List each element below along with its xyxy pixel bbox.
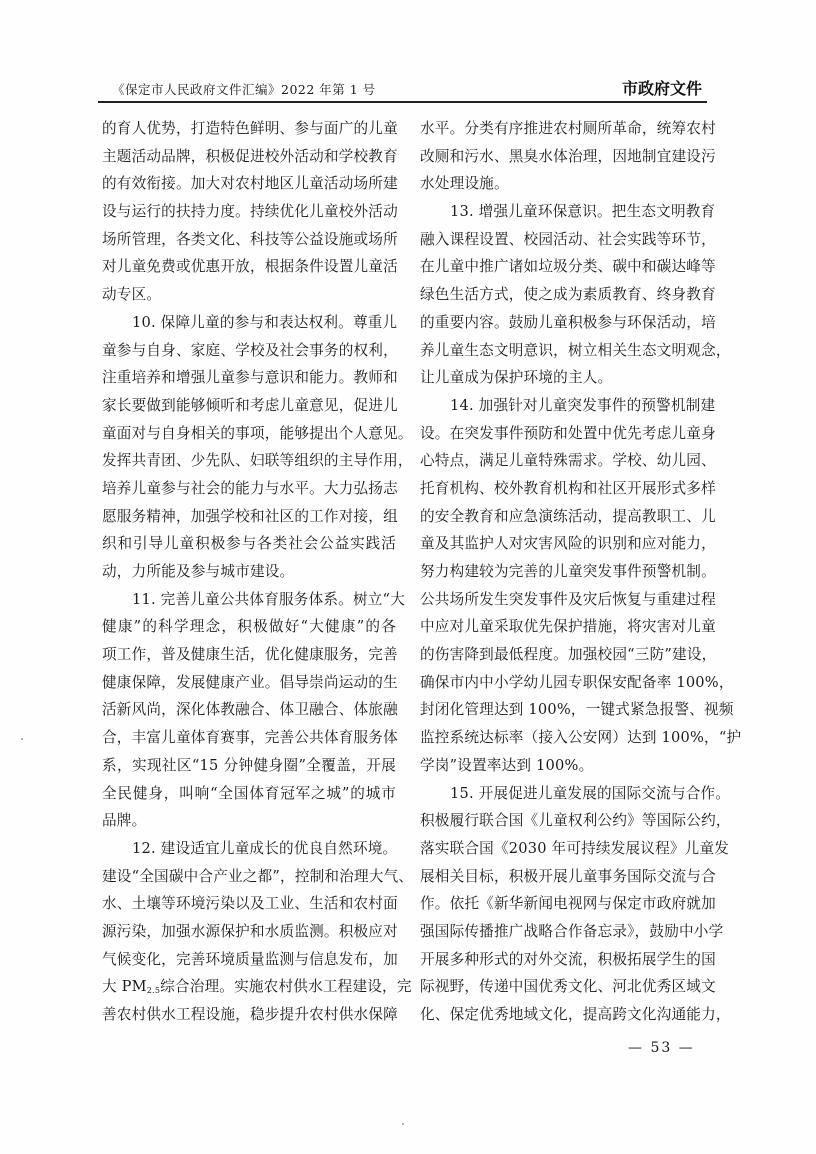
text-line: 的有效衔接。加大对农村地区儿童活动场所建 — [102, 170, 396, 198]
text-line: 动专区。 — [102, 281, 396, 309]
text-line: 展相关目标，积极开展儿童事务国际交流与合 — [420, 863, 714, 891]
text-line: 改厕和污水、黑臭水体治理，因地制宜建设污 — [420, 143, 714, 171]
text-line: 注重培养和增强儿童参与意识和能力。教师和 — [102, 364, 396, 392]
text-line: 绿色生活方式，使之成为素质教育、终身教育 — [420, 281, 714, 309]
scan-speck — [21, 738, 23, 740]
text-line: 源污染，加强水源保护和水质监测。积极应对 — [102, 918, 396, 946]
text-line: 合，丰富儿童体育赛事，完善公共体育服务体 — [102, 724, 396, 752]
section-heading-line: 11. 完善儿童公共体育服务体系。树立“大 — [102, 586, 396, 614]
text-line: 织和引导儿童积极参与各类社会公益实践活 — [102, 530, 396, 558]
text-line: 气候变化，完善环境质量监测与信息发布，加 — [102, 946, 396, 974]
section-title: 市政府文件 — [622, 76, 702, 99]
text-line: 系，实现社区“15 分钟健身圈”全覆盖，开展 — [102, 752, 396, 780]
text-line: 落实联合国《2030 年可持续发展议程》儿童发 — [420, 835, 714, 863]
text-line: 主题活动品牌，积极促进校外活动和学校教育 — [102, 143, 396, 171]
text-line: 对儿童免费或优惠开放，根据条件设置儿童活 — [102, 253, 396, 281]
text-line: 养儿童生态文明意识，树立相关生态文明观念， — [420, 337, 714, 365]
scan-speck — [402, 1123, 404, 1125]
section-heading-line: 13. 增强儿童环保意识。把生态文明教育 — [420, 198, 714, 226]
text-line: 强国际传播推广战略合作备忘录》，鼓励中小学 — [420, 918, 714, 946]
text-line: 融入课程设置、校园活动、社会实践等环节， — [420, 226, 714, 254]
section-heading-line: 15. 开展促进儿童发展的国际交流与合作。 — [420, 780, 714, 808]
text-line: 愿服务精神，加强学校和社区的工作对接，组 — [102, 503, 396, 531]
text-line: 童参与自身、家庭、学校及社会事务的权利， — [102, 337, 396, 365]
text-line: 际视野，传递中国优秀文化、河北优秀区域文 — [420, 973, 714, 1001]
text-line: 确保市内中小学幼儿园专职保安配备率 100%， — [420, 669, 714, 697]
document-page: 《保定市人民政府文件汇编》2022 年第 1 号 市政府文件 的育人优势，打造特… — [0, 0, 816, 1154]
page-number: — 53 — — [628, 1040, 695, 1056]
text-line: 健康”的科学理念，积极做好“大健康”的各 — [102, 613, 396, 641]
text-line: 的重要内容。鼓励儿童积极参与环保活动，培 — [420, 309, 714, 337]
text-line: 开展多种形式的对外交流，积极拓展学生的国 — [420, 946, 714, 974]
text-line: 健康保障，发展健康产业。倡导崇尚运动的生 — [102, 669, 396, 697]
text-line: 监控系统达标率（接入公安网）达到 100%，“护 — [420, 724, 714, 752]
text-line: 让儿童成为保护环境的主人。 — [420, 364, 714, 392]
publication-header: 《保定市人民政府文件汇编》2022 年第 1 号 — [112, 80, 376, 98]
text-line: 水平。分类有序推进农村厕所革命，统筹农村 — [420, 115, 714, 143]
subscript: 2.5 — [147, 986, 160, 995]
section-heading-line: 12. 建设适宜儿童成长的优良自然环境。 — [102, 835, 396, 863]
text-line: 活新风尚，深化体教融合、体卫融合、体旅融 — [102, 696, 396, 724]
text-line: 场所管理，各类文化、科技等公益设施或场所 — [102, 226, 396, 254]
right-text-column: 水平。分类有序推进农村厕所革命，统筹农村改厕和污水、黑臭水体治理，因地制宜建设污… — [420, 115, 714, 1029]
text-line: 积极履行联合国《儿童权利公约》等国际公约， — [420, 807, 714, 835]
text-line: 努力构建较为完善的儿童突发事件预警机制。 — [420, 558, 714, 586]
text-line: 善农村供水工程设施，稳步提升农村供水保障 — [102, 1001, 396, 1029]
header-divider — [98, 101, 707, 103]
text-line: 培养儿童参与社会的能力与水平。大力弘扬志 — [102, 475, 396, 503]
text-line: 水处理设施。 — [420, 170, 714, 198]
text-line: 托育机构、校外教育机构和社区开展形式多样 — [420, 475, 714, 503]
text-line: 化、保定优秀地域文化，提高跨文化沟通能力， — [420, 1001, 714, 1029]
text-line: 设与运行的扶持力度。持续优化儿童校外活动 — [102, 198, 396, 226]
text-line: 动，力所能及参与城市建设。 — [102, 558, 396, 586]
text-line: 建设“全国碳中合产业之都”，控制和治理大气、 — [102, 863, 396, 891]
text-line: 的安全教育和应急演练活动，提高教职工、儿 — [420, 503, 714, 531]
text-line: 学岗”设置率达到 100%。 — [420, 752, 714, 780]
text-line: 家长要做到能够倾听和考虑儿童意见，促进儿 — [102, 392, 396, 420]
text-fragment: 大 PM — [102, 978, 147, 995]
text-line: 封闭化管理达到 100%，一键式紧急报警、视频 — [420, 696, 714, 724]
text-line: 童面对与自身相关的事项，能够提出个人意见。 — [102, 420, 396, 448]
text-line: 心特点，满足儿童特殊需求。学校、幼儿园、 — [420, 447, 714, 475]
text-line: 中应对儿童采取优先保护措施，将灾害对儿童 — [420, 613, 714, 641]
text-line: 童及其监护人对灾害风险的识别和应对能力， — [420, 530, 714, 558]
text-line: 作。依托《新华新闻电视网与保定市政府就加 — [420, 890, 714, 918]
text-line: 的育人优势，打造特色鲜明、参与面广的儿童 — [102, 115, 396, 143]
text-line: 在儿童中推广诸如垃圾分类、碳中和碳达峰等 — [420, 253, 714, 281]
text-fragment: 综合治理。实施农村供水工程建设，完 — [160, 978, 412, 995]
text-line: 全民健身，叫响“全国体育冠军之城”的城市 — [102, 780, 396, 808]
left-text-column: 的育人优势，打造特色鲜明、参与面广的儿童主题活动品牌，积极促进校外活动和学校教育… — [102, 115, 396, 1029]
text-line: 发挥共青团、少先队、妇联等组织的主导作用， — [102, 447, 396, 475]
section-heading-line: 14. 加强针对儿童突发事件的预警机制建 — [420, 392, 714, 420]
text-line: 品牌。 — [102, 807, 396, 835]
section-heading-line: 10. 保障儿童的参与和表达权利。尊重儿 — [102, 309, 396, 337]
text-line: 的伤害降到最低程度。加强校园“三防”建设， — [420, 641, 714, 669]
text-line: 设。在突发事件预防和处置中优先考虑儿童身 — [420, 420, 714, 448]
text-line: 大 PM2.5综合治理。实施农村供水工程建设，完 — [102, 973, 396, 1001]
text-line: 项工作，普及健康生活，优化健康服务，完善 — [102, 641, 396, 669]
text-line: 公共场所发生突发事件及灾后恢复与重建过程 — [420, 586, 714, 614]
text-line: 水、土壤等环境污染以及工业、生活和农村面 — [102, 890, 396, 918]
